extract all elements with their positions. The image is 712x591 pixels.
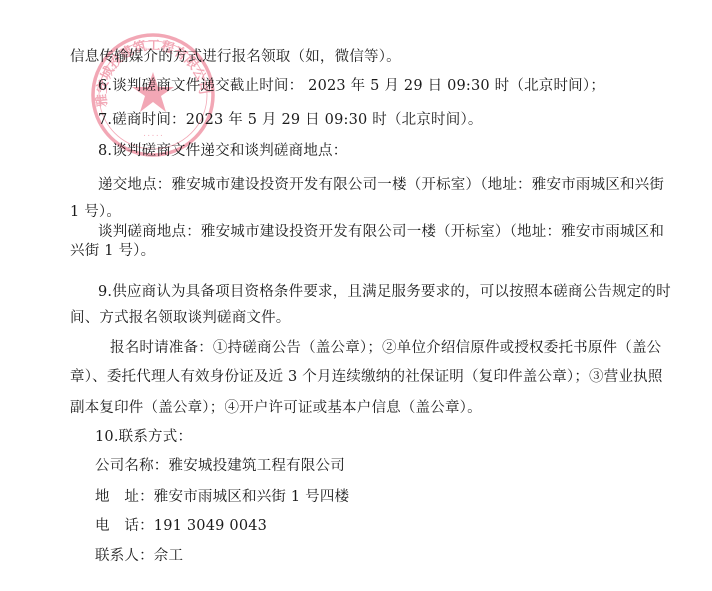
registration-prep-line-2: 章）、委托代理人有效身份证及近 3 个月连续缴纳的社保证明（复印件盖公章）；③营… <box>70 368 663 386</box>
item-8-location-heading: 8.谈判磋商文件递交和谈判磋商地点： <box>98 142 347 160</box>
submit-location-line-1: 递交地点：雅安城市建设投资开发有限公司一楼（开标室）（地址：雅安市雨城区和兴街 <box>98 176 664 194</box>
contact-phone: 电 话：191 3049 0043 <box>95 517 267 535</box>
item-9-line-2: 间、方式报名领取谈判磋商文件。 <box>70 309 291 327</box>
item-6-deadline: 6.谈判磋商文件递交截止时间： 2023 年 5 月 29 日 09:30 时（… <box>98 77 605 95</box>
text-line-intro: 信息传输媒介的方式进行报名领取（如，微信等）。 <box>70 48 401 66</box>
svg-text:·····: ····· <box>142 132 163 140</box>
item-10-contact-heading: 10.联系方式： <box>95 428 192 446</box>
item-7-negotiation-time: 7.磋商时间：2023 年 5 月 29 日 09:30 时（北京时间）。 <box>98 111 483 129</box>
negotiation-location-line-2: 兴街 1 号）。 <box>70 242 155 260</box>
registration-prep-line-3: 副本复印件（盖公章）；④开户许可证或基本户信息（盖公章）。 <box>70 399 482 417</box>
registration-prep-line-1: 报名时请准备：①持磋商公告（盖公章）；②单位介绍信原件或授权委托书原件（盖公 <box>110 339 661 357</box>
contact-address: 地 址：雅安市雨城区和兴街 1 号四楼 <box>95 488 349 506</box>
document-page: 雅安城投建筑工程有限公司 ····· 信息传输媒介的方式进行报名领取（如，微信等… <box>0 0 712 591</box>
item-9-line-1: 9.供应商认为具备项目资格条件要求，且满足服务要求的，可以按照本磋商公告规定的时 <box>98 283 671 301</box>
submit-location-line-2: 1 号）。 <box>70 203 121 221</box>
negotiation-location-line-1: 谈判磋商地点：雅安城市建设投资开发有限公司一楼（开标室）（地址：雅安市雨城区和 <box>98 223 664 241</box>
contact-company-name: 公司名称：雅安城投建筑工程有限公司 <box>95 457 345 475</box>
contact-person: 联系人：佘工 <box>95 547 183 565</box>
